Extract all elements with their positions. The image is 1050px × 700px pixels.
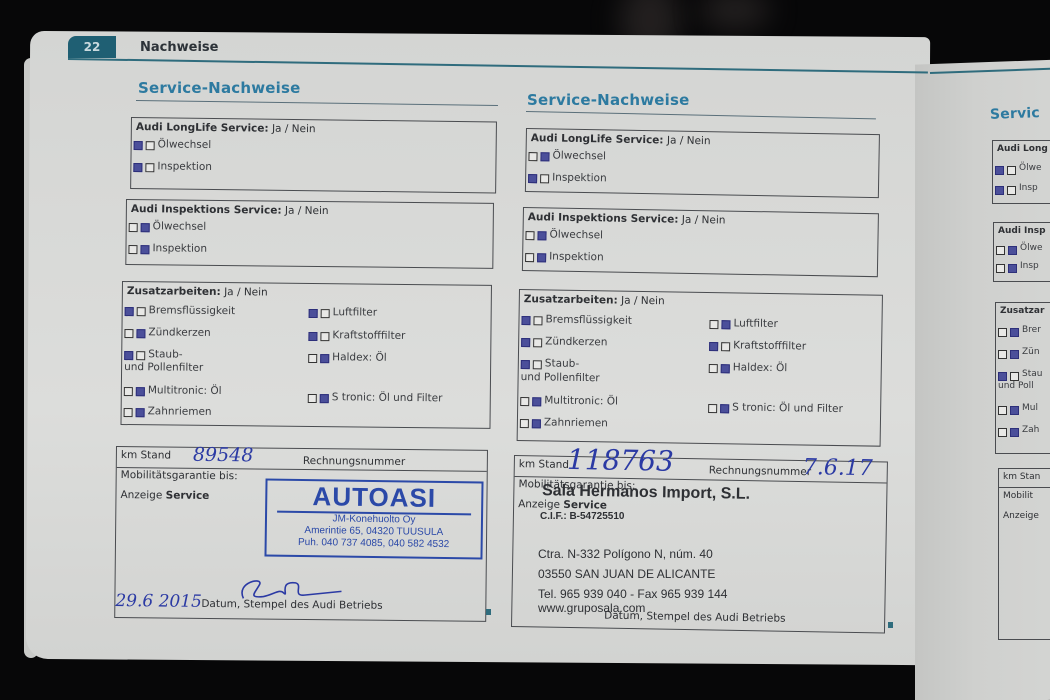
checkbox-item-inspektion[interactable]: Inspektion xyxy=(528,171,607,184)
section-title-partial: Servic xyxy=(990,105,1040,123)
zusatzarbeiten-box: Zusatzarbeiten: Ja / Nein Bremsflüssigke… xyxy=(517,289,883,447)
dealer-address-2: 03550 SAN JUAN DE ALICANTE xyxy=(538,567,715,581)
checkbox-item[interactable]: Bremsflüssigkeit xyxy=(125,304,236,317)
checkbox-item-inspektion[interactable]: Inspektion xyxy=(525,250,604,263)
checkbox-checked[interactable] xyxy=(709,342,718,351)
checkbox-checked[interactable] xyxy=(133,163,142,172)
checkbox-item[interactable]: S tronic: Öl und Filter xyxy=(308,391,443,404)
checkbox-item[interactable]: S tronic: Öl und Filter xyxy=(708,401,843,415)
box-title: Audi LongLife Service: xyxy=(136,121,269,135)
checkbox-checked[interactable] xyxy=(140,245,149,254)
checkbox[interactable] xyxy=(998,406,1007,415)
checkbox[interactable] xyxy=(998,350,1007,359)
checkbox[interactable] xyxy=(709,364,718,373)
dealer-stamp-autoasi: AUTOASI JM-Konehuolto Oy Amerintie 65, 0… xyxy=(264,478,483,559)
longlife-service-box: Audi LongLife Service: Ja / Nein Ölwechs… xyxy=(130,117,497,193)
rechnungsnummer-label: Rechnungsnummer xyxy=(709,464,812,478)
checkbox[interactable] xyxy=(996,246,1005,255)
checkbox-item[interactable]: Staub- xyxy=(521,357,580,370)
checkbox[interactable] xyxy=(137,307,146,316)
partial-zusatz-box: Zusatzar Brer Zün Stau und Poll Mul Zah xyxy=(995,302,1050,454)
inspektions-service-box: Audi Inspektions Service: Ja / Nein Ölwe… xyxy=(125,199,494,269)
checkbox[interactable] xyxy=(998,328,1007,337)
service-date: 7.6.17 xyxy=(803,455,873,481)
rechnungsnummer-label: Rechnungsnummer xyxy=(303,455,405,468)
checkbox-item[interactable]: Haldex: Öl xyxy=(709,361,788,374)
item-label-continued: und Pollenfilter xyxy=(521,371,600,384)
page-header: Nachweise xyxy=(140,40,218,55)
checkbox-checked[interactable] xyxy=(124,351,133,360)
checkbox-checked[interactable] xyxy=(136,329,145,338)
checkbox-checked[interactable] xyxy=(125,307,134,316)
section-title: Service-Nachweise xyxy=(138,79,301,97)
inspektions-service-box: Audi Inspektions Service: Ja / Nein Ölwe… xyxy=(522,207,879,277)
checkbox[interactable] xyxy=(321,309,330,318)
checkbox-checked[interactable] xyxy=(721,364,730,373)
item-label-continued: und Pollenfilter xyxy=(124,361,203,374)
checkbox[interactable] xyxy=(145,163,154,172)
checkbox[interactable] xyxy=(1010,372,1019,381)
section-title: Service-Nachweise xyxy=(527,91,690,109)
partial-entry-box: km Stan Mobilit Anzeige xyxy=(998,468,1050,640)
checkbox-item[interactable]: Kraftstofffilter xyxy=(308,329,405,342)
checkbox-checked[interactable] xyxy=(537,231,546,240)
checkbox[interactable] xyxy=(124,329,133,338)
partial-longlife-box: Audi Long Ölwe Insp xyxy=(992,140,1050,204)
checkbox[interactable] xyxy=(124,408,133,417)
checkbox[interactable] xyxy=(525,231,534,240)
row-divider xyxy=(999,487,1050,488)
checkbox-checked[interactable] xyxy=(136,387,145,396)
checkbox[interactable] xyxy=(996,264,1005,273)
zusatzarbeiten-box: Zusatzarbeiten: Ja / Nein Bremsflüssigke… xyxy=(120,281,491,429)
page-number: 22 xyxy=(68,36,116,58)
checkbox-item[interactable]: Luftfilter xyxy=(709,317,778,330)
dealer-stamp-name: Sala Hermanos Import, S.L. xyxy=(542,482,750,504)
checkbox-item[interactable]: Multitronic: Öl xyxy=(520,394,618,408)
checkbox[interactable] xyxy=(520,397,529,406)
checkbox-item[interactable]: Haldex: Öl xyxy=(308,351,387,364)
anzeige-label: Anzeige Service xyxy=(120,489,209,502)
checkbox-checked[interactable] xyxy=(720,404,729,413)
checkbox-checked[interactable] xyxy=(308,332,317,341)
checkbox-checked[interactable] xyxy=(521,360,530,369)
checkbox-checked[interactable] xyxy=(1010,406,1019,415)
checkbox-checked[interactable] xyxy=(528,174,537,183)
checkbox-item-oelwechsel[interactable]: Ölwechsel xyxy=(134,138,212,151)
checkbox-item[interactable]: Zündkerzen xyxy=(521,335,607,348)
background-shadow xyxy=(700,0,770,30)
checkbox[interactable] xyxy=(998,428,1007,437)
checkbox[interactable] xyxy=(308,394,317,403)
checkbox-checked[interactable] xyxy=(1008,246,1017,255)
checkbox[interactable] xyxy=(721,342,730,351)
km-stand-value: 89548 xyxy=(193,444,254,467)
checkbox[interactable] xyxy=(533,338,542,347)
checkbox-checked[interactable] xyxy=(1008,264,1017,273)
checkbox-checked[interactable] xyxy=(995,166,1004,175)
checkbox[interactable] xyxy=(124,387,133,396)
mobilitaet-label: Mobilitätsgarantie bis: xyxy=(121,469,238,482)
checkbox[interactable] xyxy=(708,404,717,413)
dealer-address-1: Ctra. N-332 Polígono N, núm. 40 xyxy=(538,547,713,561)
checkbox-checked[interactable] xyxy=(320,394,329,403)
signature xyxy=(233,574,343,605)
checkbox-checked[interactable] xyxy=(721,320,730,329)
km-stand-label: km Stand xyxy=(121,449,171,462)
checkbox-checked[interactable] xyxy=(136,408,145,417)
checkbox-checked[interactable] xyxy=(521,338,530,347)
checkbox-item[interactable]: Zahnriemen xyxy=(520,416,608,429)
checkbox[interactable] xyxy=(128,245,137,254)
km-stand-value: 118763 xyxy=(567,443,674,478)
checkbox-checked[interactable] xyxy=(309,309,318,318)
checkbox[interactable] xyxy=(129,223,138,232)
checkbox-item[interactable]: Luftfilter xyxy=(309,306,377,319)
page-marker xyxy=(888,622,893,628)
checkbox-item-oelwechsel[interactable]: Ölwechsel xyxy=(528,149,606,162)
checkbox-checked[interactable] xyxy=(320,354,329,363)
checkbox-item-oelwechsel[interactable]: Ölwechsel xyxy=(525,228,603,241)
km-stand-label: km Stand xyxy=(519,458,569,471)
ja-nein-label: Ja / Nein xyxy=(272,123,316,136)
checkbox[interactable] xyxy=(1007,186,1016,195)
checkbox-checked[interactable] xyxy=(1010,428,1019,437)
checkbox[interactable] xyxy=(146,141,155,150)
checkbox[interactable] xyxy=(533,316,542,325)
service-date: 29.6 2015 xyxy=(115,591,202,612)
dealer-phone: Tel. 965 939 040 - Fax 965 939 144 xyxy=(538,587,727,601)
checkbox[interactable] xyxy=(1007,166,1016,175)
partial-inspektions-box: Audi Insp Ölwe Insp xyxy=(993,222,1050,282)
checkbox[interactable] xyxy=(533,360,542,369)
checkbox-checked[interactable] xyxy=(532,397,541,406)
checkbox-item[interactable]: Staub- xyxy=(124,348,182,361)
checkbox-item[interactable]: Multitronic: Öl xyxy=(124,384,222,397)
checkbox-item[interactable]: Kraftstofffilter xyxy=(709,339,806,353)
checkbox-checked[interactable] xyxy=(537,253,546,262)
checkbox[interactable] xyxy=(540,174,549,183)
longlife-service-box: Audi LongLife Service: Ja / Nein Ölwechs… xyxy=(525,128,880,198)
checkbox[interactable] xyxy=(136,351,145,360)
checkbox-checked[interactable] xyxy=(141,223,150,232)
checkbox[interactable] xyxy=(528,152,537,161)
checkbox-item[interactable]: Bremsflüssigkeit xyxy=(521,313,632,327)
page-marker xyxy=(486,609,491,615)
checkbox-checked[interactable] xyxy=(540,152,549,161)
checkbox-checked[interactable] xyxy=(1010,350,1019,359)
checkbox[interactable] xyxy=(525,253,534,262)
checkbox-checked[interactable] xyxy=(532,419,541,428)
checkbox[interactable] xyxy=(320,332,329,341)
checkbox-item-inspektion[interactable]: Inspektion xyxy=(128,242,207,255)
checkbox[interactable] xyxy=(520,419,529,428)
checkbox-item[interactable]: Zündkerzen xyxy=(124,326,210,339)
checkbox-checked[interactable] xyxy=(1010,328,1019,337)
checkbox-checked[interactable] xyxy=(998,372,1007,381)
checkbox-checked[interactable] xyxy=(521,316,530,325)
checkbox-checked[interactable] xyxy=(995,186,1004,195)
dealer-stamp-cif: C.I.F.: B-54725510 xyxy=(540,511,625,522)
checkbox-checked[interactable] xyxy=(134,141,143,150)
checkbox[interactable] xyxy=(308,354,317,363)
checkbox-item-inspektion[interactable]: Inspektion xyxy=(133,160,212,173)
checkbox[interactable] xyxy=(709,320,718,329)
checkbox-item[interactable]: Zahnriemen xyxy=(124,405,212,418)
dealer-web: www.gruposala.com xyxy=(538,601,645,615)
checkbox-item-oelwechsel[interactable]: Ölwechsel xyxy=(129,220,207,233)
